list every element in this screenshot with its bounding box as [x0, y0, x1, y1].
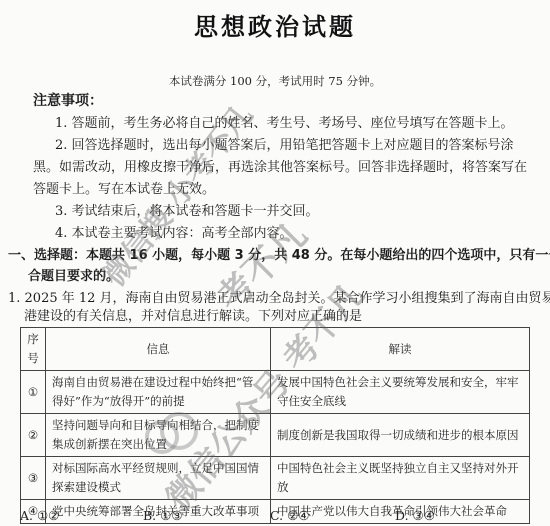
- header-info: 信息: [46, 328, 271, 371]
- question-1-stem-cont: 港建设的有关信息，并对信息进行解读。下列对应正确的是: [24, 307, 362, 326]
- table-row: ① 海南自由贸易港在建设过程中始终把“管得好”作为“放得开”的前提 发展中国特色…: [21, 371, 530, 414]
- section-heading: 一、选择题：本题共 16 小题，每小题 3 分，共 48 分。在每小题给出的四个…: [8, 246, 550, 265]
- section-heading-cont: 合题目要求的。: [28, 267, 119, 286]
- option-b[interactable]: B. ①③: [143, 508, 183, 523]
- header-reading: 解读: [271, 328, 530, 371]
- row-info: 坚持问题导向和目标导向相结合，把制度集成创新摆在突出位置: [46, 414, 271, 457]
- option-a[interactable]: A. ①②: [20, 508, 59, 523]
- notice-item-1: 1. 答题前，考生务必将自己的姓名、考生号、考场号、座位号填写在答题卡上。: [55, 114, 514, 133]
- notice-item-3: 3. 考试结束后，将本试卷和答题卡一并交回。: [55, 202, 319, 221]
- row-reading: 制度创新是我国取得一切成绩和进步的根本原因: [271, 414, 530, 457]
- notice-heading: 注意事项：: [33, 92, 103, 111]
- option-c[interactable]: C. ②④: [270, 508, 309, 523]
- row-num: ①: [21, 371, 46, 414]
- header-num: 序号: [21, 328, 46, 371]
- page-title: 思想政治试题: [0, 7, 550, 42]
- answer-options: A. ①② B. ①③ C. ②④ D. ③④: [0, 508, 550, 526]
- row-reading: 发展中国特色社会主义要统筹发展和安全，牢牢守住安全底线: [271, 371, 530, 414]
- option-d[interactable]: D. ③④: [395, 508, 435, 523]
- question-1-stem: 1. 2025 年 12 月，海南自由贸易港正式启动全岛封关。某合作学习小组搜集…: [8, 289, 550, 308]
- row-reading: 中国特色社会主义既坚持独立自主又坚持对外开放: [271, 457, 530, 500]
- table-header-row: 序号 信息 解读: [21, 328, 530, 371]
- row-num: ②: [21, 414, 46, 457]
- notice-item-2-cont: 黑。如需改动，用橡皮擦干净后，再选涂其他答案标号。回答非选择题时，将答案写在: [33, 158, 527, 177]
- exam-page: 思想政治试题 本试卷满分 100 分，考试用时 75 分钟。 注意事项： 1. …: [0, 0, 550, 526]
- notice-item-2: 2. 回答选择题时，选出每小题答案后，用铅笔把答题卡上对应题目的答案标号涂: [55, 136, 514, 155]
- row-num: ③: [21, 457, 46, 500]
- table-row: ③ 对标国际高水平经贸规则，立足中国国情探索建设模式 中国特色社会主义既坚持独立…: [21, 457, 530, 500]
- row-info: 海南自由贸易港在建设过程中始终把“管得好”作为“放得开”的前提: [46, 371, 271, 414]
- exam-info: 本试卷满分 100 分，考试用时 75 分钟。: [0, 73, 550, 89]
- notice-item-4: 4. 本试卷主要考试内容：高考全部内容。: [55, 224, 293, 243]
- row-info: 对标国际高水平经贸规则，立足中国国情探索建设模式: [46, 457, 271, 500]
- table-row: ② 坚持问题导向和目标导向相结合，把制度集成创新摆在突出位置 制度创新是我国取得…: [21, 414, 530, 457]
- info-table: 序号 信息 解读 ① 海南自由贸易港在建设过程中始终把“管得好”作为“放得开”的…: [20, 327, 530, 524]
- notice-item-2-end: 答题卡上。写在本试卷上无效。: [33, 180, 215, 199]
